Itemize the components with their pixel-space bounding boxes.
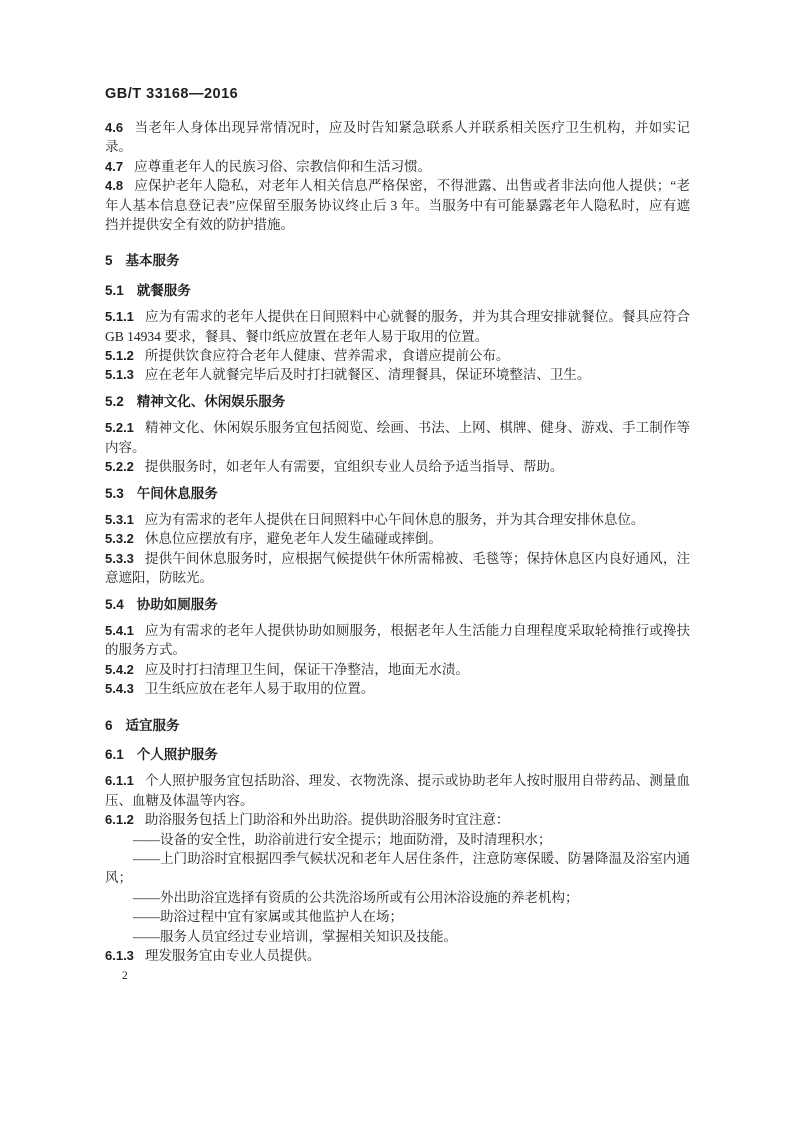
clause-paragraph: 5.4.3卫生纸应放在老年人易于取用的位置。 — [105, 679, 690, 698]
clause-paragraph: 5.1.1应为有需求的老年人提供在日间照料中心就餐的服务，并为其合理安排就餐位。… — [105, 307, 690, 346]
subsection-heading: 5.4协助如厕服务 — [105, 595, 690, 614]
clause-paragraph: 4.6当老年人身体出现异常情况时，应及时告知紧急联系人并联系相关医疗卫生机构，并… — [105, 118, 690, 157]
subsection-heading: 5.2精神文化、休闲娱乐服务 — [105, 392, 690, 411]
dash-item-text: ——设备的安全性，助浴前进行安全提示；地面防滑，及时清理积水； — [133, 832, 552, 847]
clause-text: 精神文化、休闲娱乐服务 — [137, 394, 286, 409]
clause-paragraph: 5.1.2所提供饮食应符合老年人健康、营养需求，食谱应提前公布。 — [105, 346, 690, 365]
clause-text: 个人照护服务 — [137, 747, 218, 762]
clause-number: 6.1.1 — [105, 773, 134, 788]
clause-number: 5.3 — [105, 486, 124, 501]
clause-text: 提供午间休息服务时，应根据气候提供午休所需棉被、毛毯等；保持休息区内良好通风，注… — [105, 551, 690, 585]
clause-number: 5.3.2 — [105, 531, 134, 546]
clause-number: 6.1.2 — [105, 812, 134, 827]
clause-paragraph: 5.4.2应及时打扫清理卫生间，保证干净整洁，地面无水渍。 — [105, 660, 690, 679]
clause-text: 精神文化、休闲娱乐服务宜包括阅览、绘画、书法、上网、棋牌、健身、游戏、手工制作等… — [105, 420, 690, 454]
clause-text: 午间休息服务 — [137, 486, 218, 501]
clause-paragraph: 5.1.3应在老年人就餐完毕后及时打扫就餐区、清理餐具，保证环境整洁、卫生。 — [105, 365, 690, 384]
clause-number: 5.3.3 — [105, 551, 134, 566]
clause-number: 5.1.1 — [105, 309, 134, 324]
page-number: 2 — [105, 967, 690, 986]
clause-paragraph: 4.8应保护老年人隐私，对老年人相关信息严格保密，不得泄露、出售或者非法向他人提… — [105, 176, 690, 234]
clause-number: 4.8 — [105, 178, 123, 193]
clause-paragraph: 5.3.3提供午间休息服务时，应根据气候提供午休所需棉被、毛毯等；保持休息区内良… — [105, 549, 690, 588]
clause-text: 适宜服务 — [126, 718, 180, 733]
clause-number: 5.2 — [105, 394, 124, 409]
clause-paragraph: 5.3.2休息位应摆放有序，避免老年人发生磕碰或摔倒。 — [105, 529, 690, 548]
clause-number: 5.1.2 — [105, 348, 134, 363]
section-heading: 6适宜服务 — [105, 716, 690, 735]
dash-item-text: ——助浴过程中宜有家属或其他监护人在场； — [133, 909, 403, 924]
clause-number: 5.4.2 — [105, 662, 134, 677]
clause-number: 4.6 — [105, 120, 123, 135]
clause-paragraph: 6.1.2助浴服务包括上门助浴和外出助浴。提供助浴服务时宜注意： — [105, 810, 690, 829]
clause-paragraph: 5.3.1应为有需求的老年人提供在日间照料中心午间休息的服务，并为其合理安排休息… — [105, 510, 690, 529]
clause-number: 4.7 — [105, 159, 123, 174]
clause-number: 5.4.3 — [105, 681, 134, 696]
clause-number: 5.1.3 — [105, 367, 134, 382]
clause-text: 应尊重老年人的民族习俗、宗教信仰和生活习惯。 — [134, 159, 431, 174]
dash-list-item: ——服务人员宜经过专业培训，掌握相关知识及技能。 — [105, 927, 690, 946]
clause-text: 协助如厕服务 — [137, 597, 218, 612]
subsection-heading: 5.3午间休息服务 — [105, 484, 690, 503]
clause-text: 应及时打扫清理卫生间，保证干净整洁，地面无水渍。 — [145, 662, 469, 677]
clause-text: 提供服务时，如老年人有需要，宜组织专业人员给予适当指导、帮助。 — [145, 459, 564, 474]
clause-paragraph: 5.2.2提供服务时，如老年人有需要，宜组织专业人员给予适当指导、帮助。 — [105, 457, 690, 476]
clause-paragraph: 6.1.3理发服务宜由专业人员提供。 — [105, 946, 690, 965]
dash-item-text: ——外出助浴宜选择有资质的公共洗浴场所或有公用沐浴设施的养老机构； — [133, 890, 579, 905]
section-heading: 5基本服务 — [105, 251, 690, 270]
clause-text: 应为有需求的老年人提供协助如厕服务，根据老年人生活能力自理程度采取轮椅推行或搀扶… — [105, 623, 690, 657]
subsection-heading: 6.1个人照护服务 — [105, 745, 690, 764]
page-content: GB/T 33168—2016 4.6当老年人身体出现异常情况时，应及时告知紧急… — [105, 85, 690, 986]
clause-text: 卫生纸应放在老年人易于取用的位置。 — [145, 681, 375, 696]
dash-list-item: ——外出助浴宜选择有资质的公共洗浴场所或有公用沐浴设施的养老机构； — [105, 888, 690, 907]
clause-text: 应为有需求的老年人提供在日间照料中心就餐的服务，并为其合理安排就餐位。餐具应符合… — [105, 309, 690, 343]
clause-text: 应在老年人就餐完毕后及时打扫就餐区、清理餐具，保证环境整洁、卫生。 — [145, 367, 591, 382]
clause-text: 基本服务 — [126, 253, 180, 268]
clause-text: 就餐服务 — [137, 283, 191, 298]
clause-number: 6.1.3 — [105, 948, 134, 963]
clause-number: 5.4 — [105, 597, 124, 612]
dash-item-text: ——服务人员宜经过专业培训，掌握相关知识及技能。 — [133, 929, 457, 944]
clause-number: 5.4.1 — [105, 623, 134, 638]
subsection-heading: 5.1就餐服务 — [105, 281, 690, 300]
clause-text: 休息位应摆放有序，避免老年人发生磕碰或摔倒。 — [145, 531, 442, 546]
standard-number-header: GB/T 33168—2016 — [105, 85, 690, 103]
clause-number: 6 — [105, 718, 113, 733]
clause-text: 应保护老年人隐私，对老年人相关信息严格保密，不得泄露、出售或者非法向他人提供；“… — [105, 178, 690, 232]
dash-list-item: ——助浴过程中宜有家属或其他监护人在场； — [105, 907, 690, 926]
clause-number: 5.1 — [105, 283, 124, 298]
clause-paragraph: 5.4.1应为有需求的老年人提供协助如厕服务，根据老年人生活能力自理程度采取轮椅… — [105, 621, 690, 660]
clause-text: 个人照护服务宜包括助浴、理发、衣物洗涤、提示或协助老年人按时服用自带药品、测量血… — [105, 773, 690, 807]
clause-text: 助浴服务包括上门助浴和外出助浴。提供助浴服务时宜注意： — [145, 812, 510, 827]
dash-list-item: ——上门助浴时宜根据四季气候状况和老年人居住条件，注意防寒保暖、防暑降温及浴室内… — [105, 849, 690, 888]
clause-text: 理发服务宜由专业人员提供。 — [145, 948, 321, 963]
body-text: 4.6当老年人身体出现异常情况时，应及时告知紧急联系人并联系相关医疗卫生机构，并… — [105, 118, 690, 965]
clause-number: 5 — [105, 253, 113, 268]
clause-text: 应为有需求的老年人提供在日间照料中心午间休息的服务，并为其合理安排休息位。 — [145, 512, 645, 527]
clause-text: 当老年人身体出现异常情况时，应及时告知紧急联系人并联系相关医疗卫生机构，并如实记… — [105, 120, 690, 154]
clause-text: 所提供饮食应符合老年人健康、营养需求，食谱应提前公布。 — [145, 348, 510, 363]
clause-number: 5.2.1 — [105, 420, 134, 435]
clause-paragraph: 5.2.1精神文化、休闲娱乐服务宜包括阅览、绘画、书法、上网、棋牌、健身、游戏、… — [105, 418, 690, 457]
dash-list-item: ——设备的安全性，助浴前进行安全提示；地面防滑，及时清理积水； — [105, 830, 690, 849]
clause-paragraph: 4.7应尊重老年人的民族习俗、宗教信仰和生活习惯。 — [105, 157, 690, 176]
clause-number: 6.1 — [105, 747, 124, 762]
clause-number: 5.3.1 — [105, 512, 134, 527]
dash-item-text: ——上门助浴时宜根据四季气候状况和老年人居住条件，注意防寒保暖、防暑降温及浴室内… — [105, 851, 690, 885]
clause-number: 5.2.2 — [105, 459, 134, 474]
clause-paragraph: 6.1.1个人照护服务宜包括助浴、理发、衣物洗涤、提示或协助老年人按时服用自带药… — [105, 771, 690, 810]
document-page: GB/T 33168—2016 4.6当老年人身体出现异常情况时，应及时告知紧急… — [0, 0, 793, 1122]
